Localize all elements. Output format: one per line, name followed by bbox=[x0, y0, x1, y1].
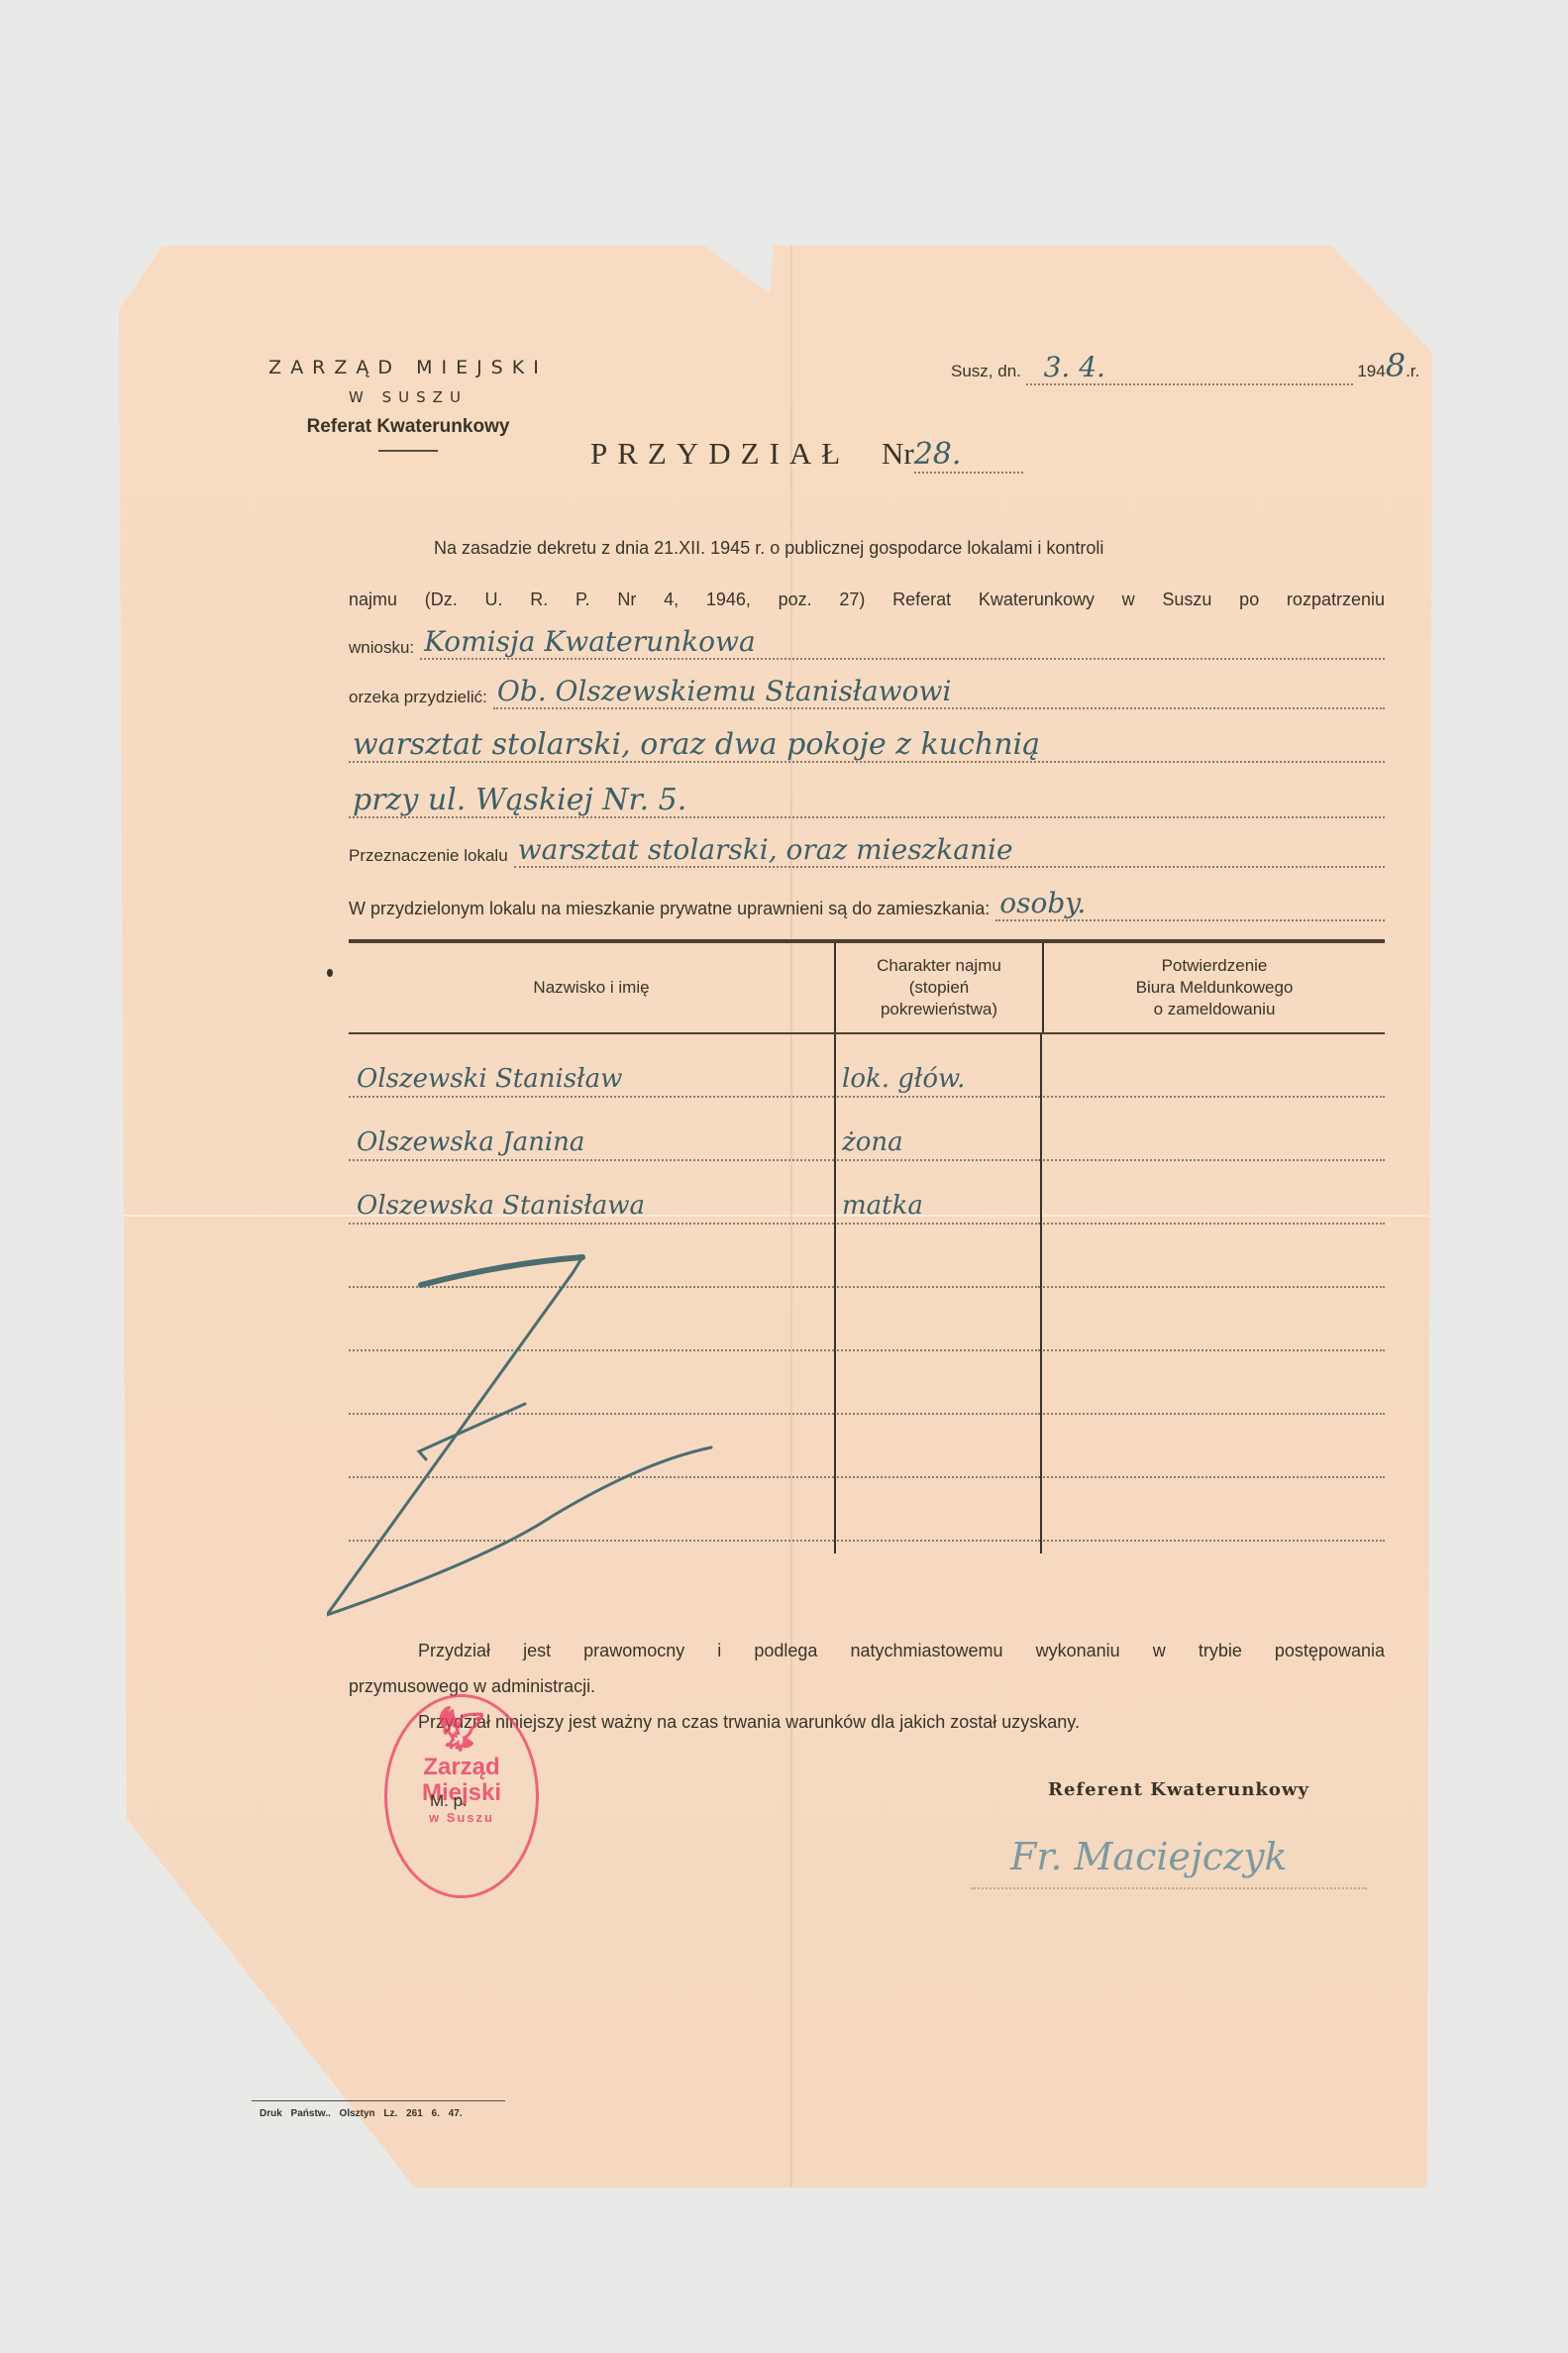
cell-relation: żona bbox=[834, 1098, 1040, 1161]
cell-relation: matka bbox=[834, 1161, 1040, 1225]
cell-relation bbox=[834, 1415, 1040, 1478]
preamble-line-2: najmu (Dz. U. R. P. Nr 4, 1946, poz. 27)… bbox=[349, 589, 1385, 610]
field-orzeka: orzeka przydzielić: Ob. Olszewskiemu Sta… bbox=[349, 676, 1385, 709]
date-value: 3. 4. bbox=[1026, 351, 1105, 383]
column-divider-2 bbox=[1040, 1034, 1042, 1553]
printer-imprint: Druk Państw.. Olsztyn Lz. 261 6. 47. bbox=[260, 2108, 463, 2119]
cell-confirmation bbox=[1040, 1034, 1385, 1098]
year-prefix: 194 bbox=[1357, 362, 1385, 380]
printer-rule bbox=[252, 2100, 505, 2101]
year-value: 8 bbox=[1386, 347, 1406, 384]
ink-speck bbox=[327, 969, 333, 977]
title-nr-label: Nr bbox=[882, 436, 914, 471]
orzeka-line-3-value: przy ul. Wąskiej Nr. 5. bbox=[349, 785, 1385, 818]
uprawnieni-label: W przydzielonym lokalu na mieszkanie pry… bbox=[349, 899, 990, 921]
year-suffix: .r. bbox=[1406, 362, 1419, 380]
cell-confirmation bbox=[1040, 1351, 1385, 1415]
org-name: ZARZĄD MIEJSKI bbox=[230, 357, 586, 378]
cell-confirmation bbox=[1040, 1098, 1385, 1161]
cell-name: Olszewska Janina bbox=[349, 1098, 834, 1161]
crossout-z-mark bbox=[327, 1243, 842, 1620]
field-orzeka-line-2: warsztat stolarski, oraz dwa pokoje z ku… bbox=[349, 729, 1385, 763]
wniosku-value: Komisja Kwaterunkowa bbox=[420, 626, 1385, 660]
signature: Fr. Maciejczyk bbox=[1010, 1835, 1288, 1878]
orzeka-label: orzeka przydzielić: bbox=[349, 688, 487, 709]
cell-relation bbox=[834, 1225, 1040, 1288]
przeznaczenie-label: Przeznaczenie lokalu bbox=[349, 846, 508, 868]
field-wniosku: wniosku: Komisja Kwaterunkowa bbox=[349, 626, 1385, 660]
validity-note-line-2: przymusowego w administracji. bbox=[349, 1668, 1385, 1704]
table-row: Olszewska Janina żona bbox=[349, 1098, 1385, 1161]
header-name: Nazwisko i imię bbox=[349, 943, 834, 1032]
table-header: Nazwisko i imię Charakter najmu(stopieńp… bbox=[349, 943, 1385, 1034]
document-title: PRZYDZIAŁ Nr28. bbox=[590, 436, 1023, 474]
org-department: Referat Kwaterunkowy bbox=[230, 416, 586, 438]
issuer-header: ZARZĄD MIEJSKI W SUSZU Referat Kwaterunk… bbox=[230, 357, 586, 452]
cell-relation bbox=[834, 1288, 1040, 1351]
title-text: PRZYDZIAŁ bbox=[590, 436, 850, 471]
referent-title: Referent Kwaterunkowy bbox=[1048, 1779, 1309, 1800]
orzeka-value: Ob. Olszewskiemu Stanisławowi bbox=[493, 676, 1385, 709]
signature-line bbox=[971, 1887, 1367, 1889]
header-rule bbox=[378, 450, 438, 452]
cell-confirmation bbox=[1040, 1288, 1385, 1351]
cell-relation bbox=[834, 1478, 1040, 1542]
issue-date: Susz, dn. 3. 4. 1948.r. bbox=[951, 347, 1419, 385]
cell-confirmation bbox=[1040, 1225, 1385, 1288]
title-nr-field: 28. bbox=[914, 436, 1023, 474]
cell-name: Olszewska Stanisława bbox=[349, 1161, 834, 1225]
cell-confirmation bbox=[1040, 1415, 1385, 1478]
table-row: Olszewski Stanisław lok. głów. bbox=[349, 1034, 1385, 1098]
eagle-emblem-icon: 🦅︎ bbox=[387, 1705, 536, 1755]
validity-note-line-1: Przydział jest prawomocny i podlega naty… bbox=[349, 1633, 1385, 1668]
field-orzeka-line-3: przy ul. Wąskiej Nr. 5. bbox=[349, 785, 1385, 818]
date-prefix: Susz, dn. bbox=[951, 362, 1021, 380]
org-location: W SUSZU bbox=[230, 388, 586, 406]
cell-relation bbox=[834, 1351, 1040, 1415]
uprawnieni-value: osoby. bbox=[995, 888, 1385, 921]
cell-confirmation bbox=[1040, 1478, 1385, 1542]
cell-name: Olszewski Stanisław bbox=[349, 1034, 834, 1098]
stamp-line-3: w Suszu bbox=[387, 1810, 536, 1825]
field-uprawnieni: W przydzielonym lokalu na mieszkanie pry… bbox=[349, 888, 1385, 921]
header-confirmation: PotwierdzenieBiura Meldunkowegoo zameldo… bbox=[1042, 943, 1385, 1032]
orzeka-line-2-value: warsztat stolarski, oraz dwa pokoje z ku… bbox=[349, 729, 1385, 763]
title-nr-value: 28. bbox=[914, 437, 962, 472]
stamp-line-1: Zarząd bbox=[387, 1755, 536, 1780]
date-field: 3. 4. bbox=[1026, 351, 1353, 385]
cell-confirmation bbox=[1040, 1161, 1385, 1225]
przeznaczenie-value: warsztat stolarski, oraz mieszkanie bbox=[514, 834, 1385, 868]
seal-place-label: M. p. bbox=[430, 1791, 468, 1811]
wniosku-label: wniosku: bbox=[349, 638, 414, 660]
table-row: Olszewska Stanisława matka bbox=[349, 1161, 1385, 1225]
header-relation: Charakter najmu(stopieńpokrewieństwa) bbox=[834, 943, 1042, 1032]
preamble-line-1: Na zasadzie dekretu z dnia 21.XII. 1945 … bbox=[434, 538, 1385, 559]
cell-relation: lok. głów. bbox=[834, 1034, 1040, 1098]
field-przeznaczenie: Przeznaczenie lokalu warsztat stolarski,… bbox=[349, 834, 1385, 868]
